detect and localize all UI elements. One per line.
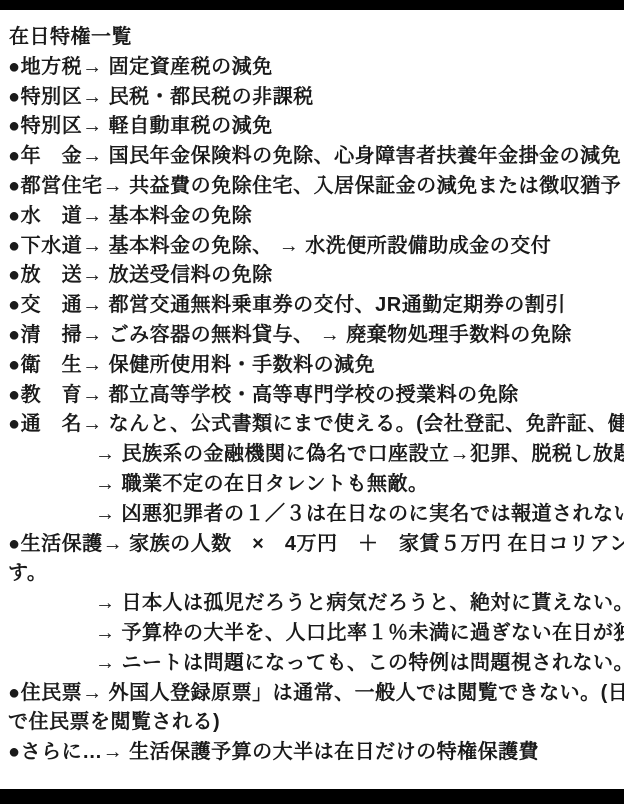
list-subline: → 職業不定の在日タレントも無敵。: [0, 470, 624, 500]
list-line: ●衛 生→ 保健所使用料・手数料の減免: [0, 351, 624, 381]
document-body: 在日特権一覧 ●地方税→ 固定資産税の減免 ●特別区→ 民税・都民税の非課税 ●…: [0, 10, 624, 768]
list-line: ●下水道→ 基本料金の免除、 → 水洗便所設備助成金の交付: [0, 232, 624, 262]
list-line: ●清 掃→ ごみ容器の無料貸与、 → 廃棄物処理手数料の免除: [0, 321, 624, 351]
list-line-wrap: す。: [0, 559, 624, 589]
list-subline: → 予算枠の大半を、人口比率１％未満に過ぎない在日が独占: [0, 619, 624, 649]
list-line: ●年 金→ 国民年金保険料の免除、心身障害者扶養年金掛金の減免: [0, 142, 624, 172]
list-line: ●都営住宅→ 共益費の免除住宅、入居保証金の減免または徴収猶予: [0, 172, 624, 202]
list-subline: → 凶悪犯罪者の１／３は在日なのに実名では報道されない。: [0, 500, 624, 530]
list-line: ●交 通→ 都営交通無料乗車券の交付、JR通勤定期券の割引: [0, 291, 624, 321]
bottom-border-bar: [0, 789, 624, 804]
list-subline: → ニートは問題になっても、この特例は問題視されない。: [0, 649, 624, 679]
list-line: ●放 送→ 放送受信料の免除: [0, 261, 624, 291]
list-line: ●住民票→ 外国人登録原票」は通常、一般人では閲覧できない。(日本: [0, 679, 624, 709]
list-line-wrap: で住民票を閲覧される): [0, 708, 624, 738]
list-line: ●地方税→ 固定資産税の減免: [0, 53, 624, 83]
list-line: ●水 道→ 基本料金の免除: [0, 202, 624, 232]
page-title: 在日特権一覧: [0, 23, 624, 53]
list-line: ●特別区→ 軽自動車税の減免: [0, 112, 624, 142]
list-line: ●生活保護→ 家族の人数 × 4万円 ＋ 家賃５万円 在日コリアン: [0, 530, 624, 560]
list-line: ●通 名→ なんと、公式書類にまで使える。(会社登記、免許証、健: [0, 410, 624, 440]
page: { "colors": { "background": "#ffffff", "…: [0, 0, 624, 804]
list-line: ●さらに…→ 生活保護予算の大半は在日だけの特権保護費: [0, 738, 624, 768]
list-subline: → 民族系の金融機関に偽名で口座設立→犯罪、脱税し放題。: [0, 440, 624, 470]
list-line: ●特別区→ 民税・都民税の非課税: [0, 83, 624, 113]
top-border-bar: [0, 0, 624, 10]
list-line: ●教 育→ 都立高等学校・高等専門学校の授業料の免除: [0, 381, 624, 411]
list-subline: → 日本人は孤児だろうと病気だろうと、絶対に貰えない。: [0, 589, 624, 619]
